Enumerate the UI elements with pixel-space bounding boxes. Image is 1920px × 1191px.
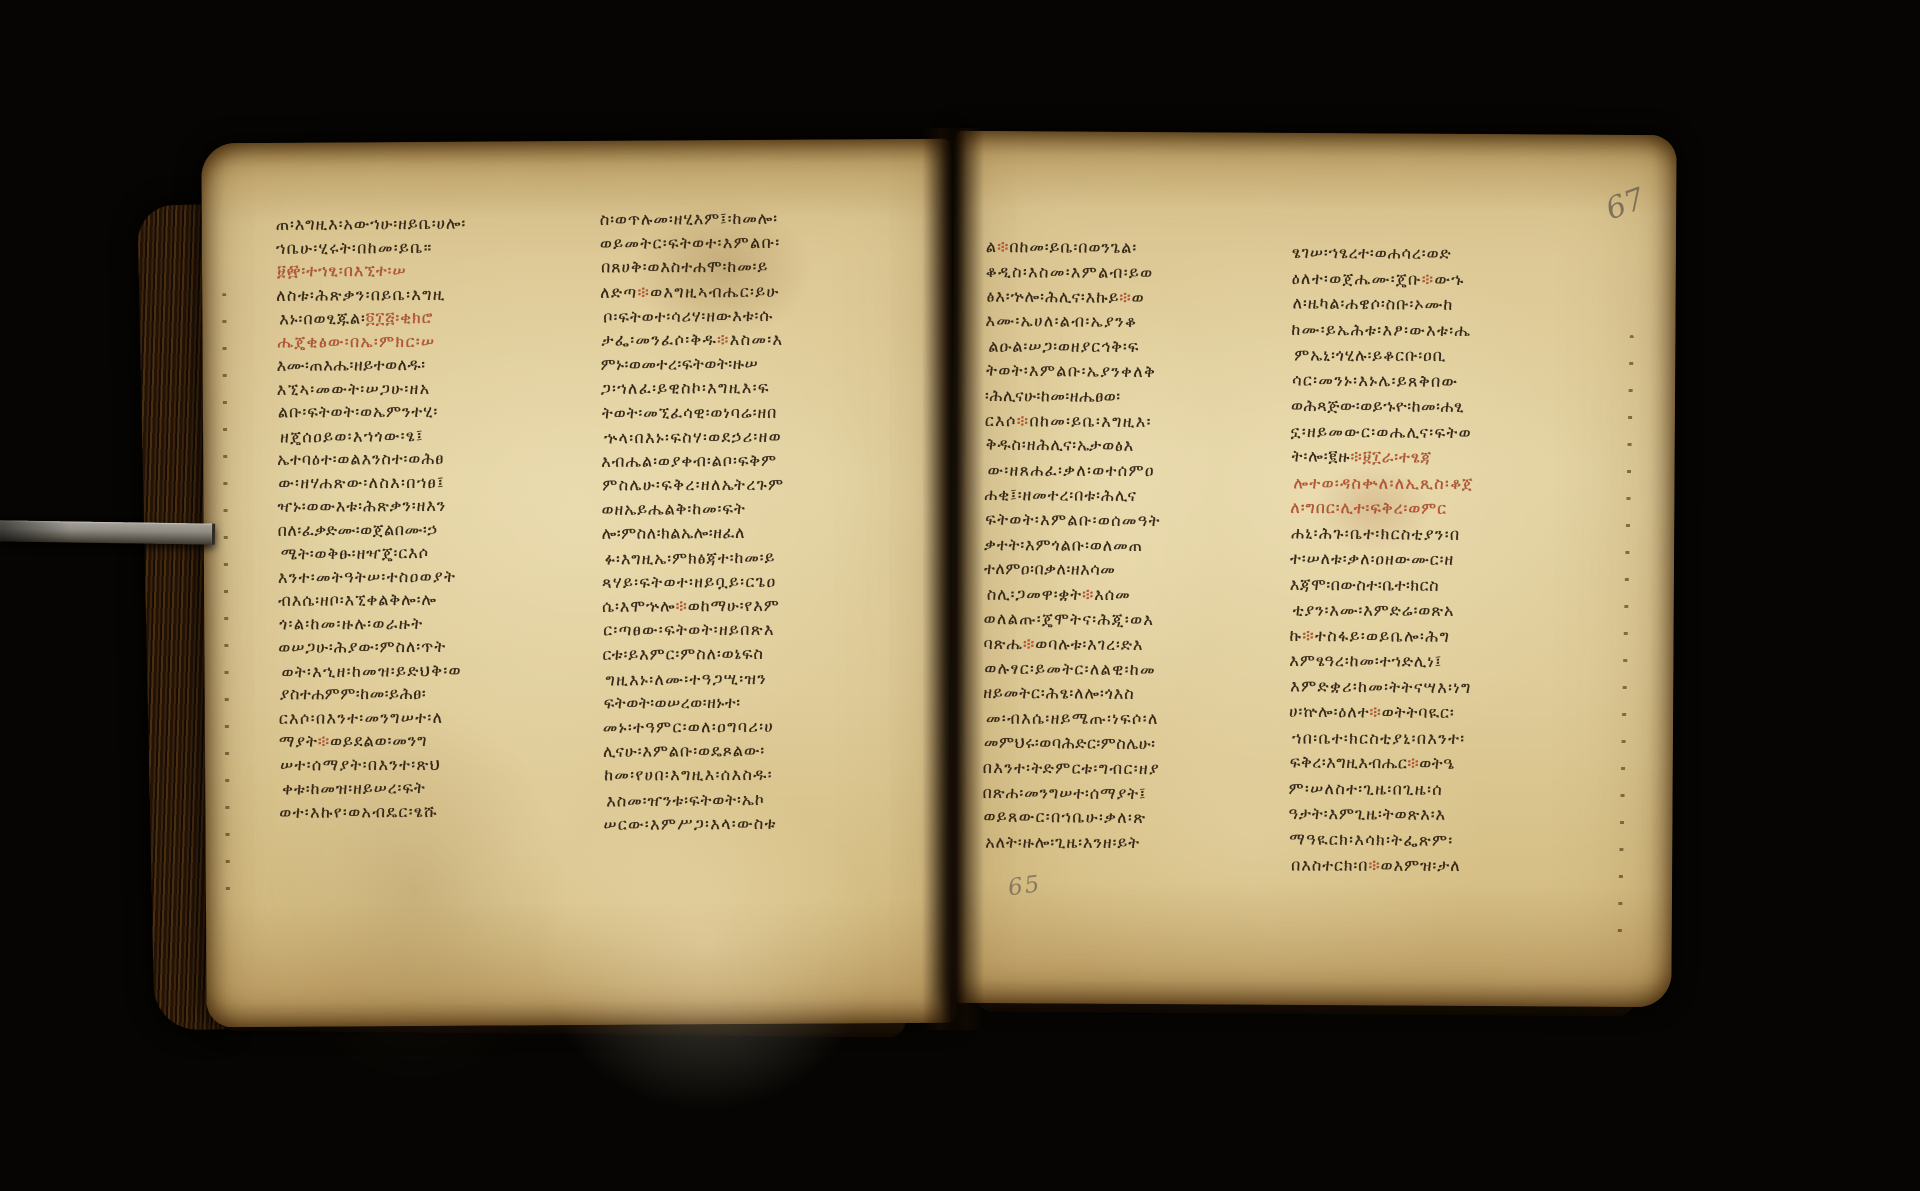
text-segment: ወእምዝ፡ታለ (1381, 856, 1461, 875)
text-line: በእስተርክ፡በ፨ወእምዝ፡ታለ (1291, 856, 1629, 882)
text-segment: መኑ፡ተዓምር፡ወለ፡ዐግባሪ፡ሀ (603, 717, 774, 737)
text-line: ልዑል፡ሠጋ፡ወዘያርኅቅ፡ፍ (988, 337, 1288, 362)
text-line: ርእሶ፡በእንተ፡መንግሠተ፡ለ (279, 706, 609, 732)
rubric-segment: ሔጄቂፅው፡በኤ፡ምክር፡ሠ (277, 331, 435, 350)
text-segment: ታፌ፡መንፈሶ፡ቅዱ (601, 330, 717, 349)
text-segment: ወይደልወ፡መንግ (330, 731, 428, 751)
text-segment: ትወት፡እምልቡ፡ኤያንቀለቅ (986, 361, 1156, 382)
text-line: ቀቱ፡ከመዝ፡ዘይሠረ፡ፍት (282, 776, 612, 803)
text-line: ስሊ፡ጋመዋ፡ቋት፨እሰመ (987, 585, 1287, 610)
text-segment: ሳር፡መንኑ፡እኑሌ፡ይጸቅበው (1292, 370, 1458, 391)
text-segment: ሐቂ፤፡ዘመተረ፡በቱ፡ሕሊና (984, 485, 1137, 505)
text-segment: ተ፡ሠለቱ፡ቃለ፡ዐዘውሙር፡ዘ (1290, 549, 1454, 569)
text-segment: እምፄዓረ፡ከመ፡ተኀድሊነ፤ (1289, 651, 1442, 671)
pricking-holes (222, 293, 230, 893)
rubric-segment: ፨ (997, 237, 1009, 256)
left-page-column-1: ጠ፡እግዚእ፡አውኀሁ፡ዘይቤ፡ሀሎ፡ኀቤሁ፡ሂሩት፡በከመ፡ይቤ።፱፼፡ተኀፂ… (276, 213, 610, 826)
text-segment: በከመ፡ይቤ፡እግዚእ፡ (1029, 411, 1151, 431)
text-segment: ባጽሔ (983, 634, 1023, 653)
text-line: በጽሐ፡መንግሠተ፡ሰማያት፤ (983, 783, 1283, 810)
text-line: ማዓዪርክ፡እሳክ፡ትፌጽም፡ (1289, 829, 1627, 858)
text-segment: ምኤኒ፡ጎሂሉ፡ይቆርቡ፡ዐቢ (1294, 346, 1446, 365)
manuscript-photo-stage: ጠ፡እግዚእ፡አውኀሁ፡ዘይቤ፡ሀሎ፡ኀቤሁ፡ሂሩት፡በከመ፡ይቤ።፱፼፡ተኀፂ… (0, 0, 1920, 1191)
text-segment: ትወት፡መኚፈሳዊ፡ወነባሬ፡ዘበ (602, 402, 777, 422)
text-line: እጃሞ፡በውስተ፡ቤተ፡ክርስ (1290, 574, 1628, 602)
text-segment: ወከማሁ፡የእም (688, 596, 780, 616)
rubric-segment: ፨ (717, 330, 730, 349)
text-line: ለ፡ዜካል፡ሐዌሶ፡ስቡ፡ኦሙከ (1292, 293, 1630, 322)
text-line: ው፡ዘሃሐጽው፡ለስእ፡በኀፀ፤ (278, 472, 608, 496)
text-segment: ፍትወት፡እምልቡ፡ወሰመዓት (985, 509, 1161, 530)
rubric-segment: ፨ (637, 282, 650, 301)
text-line: ፡ሕሊናሁ፡ከመ፡ዘሔፀወ፡ (985, 386, 1285, 413)
text-line: ተለምዐ፡በቃለ፡ዘእሳመ (984, 559, 1284, 586)
text-segment: ፡ሕሊናሁ፡ከመ፡ዘሔፀወ፡ (985, 386, 1121, 406)
text-segment: ው፡ዘሃሐጽው፡ለስእ፡በኀፀ፤ (278, 472, 445, 491)
text-segment: ዣኑ፡ወውእቱ፡ሕጽቃን፡ዘእን (277, 496, 446, 516)
text-line: እምድቋሪ፡ከመ፡ትትናሣእ፡ነግ (1290, 676, 1628, 705)
text-segment: ወተ፡እኩየ፡ወአብዴር፡ፄሹ (279, 801, 438, 821)
text-segment: ወይመትር፡ፍትወተ፡እምልቡ፡ (600, 233, 781, 253)
text-segment: እኚኣ፡መውት፡ሠጋሁ፡ዘአ (277, 378, 431, 398)
text-segment: ማያት (279, 732, 318, 751)
text-segment: ምኑ፡ወመተረ፡ፍትወት፡ዙሠ (601, 354, 759, 374)
text-line: መ፡ብእሴ፡ዘይሜጡ፡ነፍሶ፡ለ (986, 709, 1286, 734)
left-page: ጠ፡እግዚእ፡አውኀሁ፡ዘይቤ፡ሀሎ፡ኀቤሁ፡ሂሩት፡በከመ፡ይቤ።፱፼፡ተኀፂ… (201, 139, 956, 1028)
text-line: እሙ፡ኤሀለ፡ልብ፡ኤያንቆ (985, 311, 1285, 338)
text-segment: ያስተሐምም፡ከመ፡ይሕፀ፡ (280, 684, 427, 703)
text-segment: ኗ፡ዘይመውር፡ወሔሊና፡ፍትወ (1291, 421, 1472, 441)
text-segment: በጸሀቅ፡ወእስተሐሞ፡ከመ፡ይ (601, 257, 768, 276)
text-line: ትወት፡እምልቡ፡ኤያንቀለቅ (986, 361, 1286, 389)
text-line: ጠ፡እግዚእ፡አውኀሁ፡ዘይቤ፡ሀሎ፡ (276, 213, 606, 239)
text-segment: ዕለተ፡ወጀሔሙ፡ጄቡ (1292, 268, 1422, 288)
text-segment: ውኁ (1434, 269, 1464, 288)
text-line: ቦ፡ፍትወተ፡ሳሪሃ፡ዘውእቱ፡ሱ (603, 304, 929, 331)
text-segment: እሰመ (1094, 585, 1130, 604)
rubric-segment: ፨ (1368, 856, 1380, 875)
text-line: ፅእ፡ኍሎ፡ሕሊና፡እኩይ፨ወ (987, 286, 1287, 314)
text-line: ብእሴ፡ዘቦ፡እኚቀልቅሎ፡ሎ (278, 589, 608, 615)
text-line: ዣኑ፡ወውእቱ፡ሕጽቃን፡ዘእን (277, 495, 607, 521)
text-segment: እስመ፡እ (730, 330, 784, 349)
text-line: ሊናሁ፡እምልቡ፡ወዴጾልው፡ (603, 740, 929, 766)
text-line: ወሉፃር፡ይመትር፡ለልዊ፡ከመ (984, 658, 1284, 686)
rubric-segment: ፨ (1407, 753, 1419, 772)
text-line: ት፡ሎ፡፪ዙ፨፱፲ራ፡ተፄጃ (1292, 446, 1630, 475)
text-line: ወት፡እኂዘ፡ከመዝ፡ይድህቅ፡ወ (281, 659, 611, 686)
text-segment: እምድቋሪ፡ከመ፡ትትናሣእ፡ነግ (1290, 676, 1472, 697)
rubric-segment: ፨ (1302, 625, 1315, 644)
text-line: መምህሩ፡ወባሕድር፡ምስሌሁ፡ (984, 732, 1284, 760)
text-line: ኤተባዕተ፡ወልእንስተ፡ወሕፀ (277, 448, 607, 474)
text-segment: አለት፡ዙሎ፡ጊዜ፡እንዘ፡ይት (985, 833, 1140, 852)
text-segment: ኤተባዕተ፡ወልእንስተ፡ወሕፀ (277, 449, 444, 469)
text-line: አለት፡ዙሎ፡ጊዜ፡እንዘ፡ይት (985, 833, 1285, 858)
rubric-segment: ለ፡ግበር፡ሊተ፡ፍቅረ፡ወምር (1290, 498, 1447, 518)
text-line: ዘይመትር፡ሕፄ፡ለሎ፡ጎእስ (983, 683, 1283, 710)
text-segment: እብሔል፡ወያቀብ፡ልቦ፡ፍቅም (601, 451, 777, 471)
text-line: ያስተሐምም፡ከመ፡ይሕፀ፡ (280, 683, 610, 707)
text-line: እብሔል፡ወያቀብ፡ልቦ፡ፍቅም (601, 450, 927, 476)
text-segment: ት፡ሎ፡፪ዙ (1292, 446, 1351, 466)
text-segment: ኍላ፡በእኑ፡ፍስሃ፡ወደኃሪ፡ዘወ (604, 426, 782, 447)
text-line: ኍላ፡በእኑ፡ፍስሃ፡ወደኃሪ፡ዘወ (604, 425, 930, 452)
text-segment: ርቱ፡ይእምር፡ምስለ፡ወኔፍስ (602, 644, 764, 664)
text-segment: ወባሉቱ፡እገረ፡ድእ (1035, 634, 1143, 654)
text-line: ርእሶ፨በከመ፡ይቤ፡እግዚእ፡ (985, 411, 1285, 438)
text-line: ሎተወ፡ዳስቍለ፡ለኢጺስ፡ቆጀ (1293, 473, 1631, 499)
text-segment: ዘጄሰዐይወ፡እኀጎው፡ፄ፤ (280, 426, 424, 446)
text-segment: ዘይመትር፡ሕፄ፡ለሎ፡ጎእስ (983, 683, 1135, 703)
text-line: ወሠጋሁ፡ሕያው፡ምስለ፡ጥት (278, 636, 608, 662)
text-line: ፄገሠ፡ኀፄረተ፡ወሐሳረ፡ወድ (1292, 243, 1630, 271)
text-segment: በለ፡ፈቃድሙ፡ወጀልበሙ፡ኃ (278, 519, 438, 539)
text-segment: ምስሌሁ፡ፍቅረ፡ዘለኤትረጉም (602, 475, 784, 495)
text-line: ሠተ፡ሰማያት፡በእንተ፡ጽህ (280, 754, 610, 778)
text-segment: ከመ፡የሀበ፡እግዚእ፡ሰእስዱ፡ (604, 765, 773, 785)
text-segment: ቆዲስ፡እስመ፡እምልብ፡ይወ (986, 262, 1154, 282)
text-segment: ወሕጻጅው፡ወይኁዮ፡ከመ፡ሐፂ (1291, 396, 1464, 416)
text-segment: ስሊ፡ጋመዋ፡ቋት (987, 585, 1082, 604)
text-segment: ፍትወት፡ወሠረወ፡ዘኑተ፡ (604, 693, 741, 712)
text-line: ዓታት፡እምጊዜ፡ትወጽእ፡እ (1288, 804, 1626, 832)
text-segment: ወትዔ (1419, 754, 1455, 773)
text-segment: ወለልጡ፡ጄሞትና፡ሕጂ፡ወእ (984, 609, 1155, 629)
text-line: ባጽሔ፨ወባሉቱ፡እገረ፡ድእ (983, 634, 1283, 661)
text-segment: ልዑል፡ሠጋ፡ወዘያርኅቅ፡ፍ (988, 337, 1139, 356)
text-segment: ሠተ፡ሰማያት፡በእንተ፡ጽህ (280, 754, 441, 773)
rubric-segment: ፨ (1370, 702, 1382, 721)
text-line: ኗ፡ዘይመውር፡ወሔሊና፡ፍትወ (1291, 421, 1629, 449)
text-line: በእንተ፡ትድምርቱ፡ግብር፡ዘያ (983, 758, 1283, 785)
rubric-segment: ፨ (1023, 634, 1035, 653)
text-line: ልቡ፡ፍትወት፡ወኤምንተሂ፡ (278, 401, 608, 425)
text-line: ወተ፡እኩየ፡ወአብዴር፡ፄሹ (279, 800, 609, 826)
right-page-column-1: ል፨በከመ፡ይቤ፡በወንጌል፡ቆዲስ፡እስመ፡እምልብ፡ይወፅእ፡ኍሎ፡ሕሊና፡… (982, 237, 1286, 859)
text-line: ኩ፨ተስፋይ፡ወይቤሎ፡ሕግ (1289, 625, 1627, 653)
text-segment: ፉ፡እግዚኤ፡ምክፅጃተ፡ከመ፡ይ (605, 547, 776, 568)
text-segment: እሙ፡ኤሀለ፡ልብ፡ኤያንቆ (985, 311, 1137, 331)
text-line: ወይመትር፡ፍትወተ፡እምልቡ፡ (600, 232, 926, 258)
text-segment: ሐኒ፡ሕጉ፡ቤተ፡ክርስቲያን፡በ (1291, 523, 1460, 544)
text-line: ግዚእኑ፡ለሙ፡ተዓጋሢ፡ዝን (605, 667, 931, 694)
text-line: እሙ፡ጠእሔ፡ዘይተወለዱ፡ (277, 354, 607, 380)
text-line: ትወት፡መኚፈሳዊ፡ወነባሬ፡ዘበ (602, 402, 928, 427)
text-segment: ው፡ዘጸሐፈ፡ቃለ፡ወተሰምዐ (988, 461, 1155, 480)
text-segment: ፅእ፡ኍሎ፡ሕሊና፡እኩይ (987, 286, 1120, 306)
text-line: ሔጄቂፅው፡በኤ፡ምክር፡ሠ (277, 331, 607, 355)
folio-number-pencil-bottom: 65 (1006, 871, 1042, 901)
text-line: ጎ፡ል፡ከመ፡ዙሉ፡ወራዙት (279, 613, 609, 637)
text-line: ተ፡ሠለቱ፡ቃለ፡ዐዘውሙር፡ዘ (1290, 549, 1628, 577)
text-segment: እስመ፡ዠንቱ፡ፍትወት፡ኤኮ (606, 789, 765, 810)
text-segment: ር፡ጣፀው፡ፍትወት፡ዘይበጽእ (603, 620, 775, 640)
text-line: ለ፡ግበር፡ሊተ፡ፍቅረ፡ወምር (1290, 498, 1628, 526)
text-segment: ተስፋይ፡ወይቤሎ፡ሕግ (1315, 626, 1450, 646)
text-segment: ዓታት፡እምጊዜ፡ትወጽእ፡እ (1288, 804, 1446, 824)
text-line: ፉ፡እግዚኤ፡ምክፅጃተ፡ከመ፡ይ (605, 546, 931, 573)
text-line: ቃተት፡እምጎልቡ፡ወለመጠ (984, 535, 1284, 562)
text-segment: ለስቱ፡ሕጽቃን፡በይቤ፡እግዚ (276, 284, 446, 304)
text-line: ታፌ፡መንፈሶ፡ቅዱ፨እስመ፡እ (601, 329, 927, 354)
text-segment: ስ፡ወጥሉመ፡ዘሂእም፤፡ከመሎ፡ (600, 209, 778, 229)
text-segment: ቲያን፡እሙ፡እምድሬ፡ወጽአ (1293, 601, 1455, 620)
rubric-segment: ፨ (1082, 585, 1094, 604)
text-line: ወለልጡ፡ጄሞትና፡ሕጂ፡ወእ (984, 609, 1284, 636)
text-line: ዕለተ፡ወጀሔሙ፡ጄቡ፨ውኁ (1292, 268, 1630, 296)
text-line: ምኤኒ፡ጎሂሉ፡ይቆርቡ፡ዐቢ (1294, 346, 1632, 372)
text-line: ኀበ፡ቤተ፡ክርስቲያኒ፡በእንተ፡ (1292, 728, 1630, 754)
text-segment: ወት፡እኂዘ፡ከመዝ፡ይድህቅ፡ወ (281, 660, 462, 681)
text-segment: እሙ፡ጠእሔ፡ዘይተወለዱ፡ (277, 355, 426, 375)
text-line: ው፡ዘጸሐፈ፡ቃለ፡ወተሰምዐ (988, 461, 1288, 486)
text-line: ለስቱ፡ሕጽቃን፡በይቤ፡እግዚ (276, 283, 606, 309)
text-line: ሐኒ፡ሕጉ፡ቤተ፡ክርስቲያን፡በ (1291, 523, 1629, 552)
text-line: ርቱ፡ይእምር፡ምስለ፡ወኔፍስ (602, 643, 928, 669)
text-segment: ወእግዚኣብሔር፡ይሁ (650, 281, 780, 301)
text-segment: ሴ፡እሞኍሎ (602, 596, 676, 615)
text-segment: ም፡ሠለስተ፡ጊዜ፡በጊዜ፡ሰ (1289, 778, 1444, 798)
text-line: ወሕጻጅው፡ወይኁዮ፡ከመ፡ሐፂ (1291, 396, 1629, 424)
rubric-segment: ፨ (1017, 411, 1030, 430)
text-segment: ማዓዪርክ፡እሳክ፡ትፌጽም፡ (1289, 829, 1453, 850)
text-segment: መምህሩ፡ወባሕድር፡ምስሌሁ፡ (984, 732, 1156, 753)
text-segment: ከሙ፡ይኤሕቱ፡እፆ፡ውእቱ፡ሔ (1291, 319, 1471, 339)
text-line: እኑ፡በወፂጁል፡፬፲፭፡ቂክሮ (279, 306, 609, 333)
text-segment: ለ፡ዜካል፡ሐዌሶ፡ስቡ፡ኦሙከ (1293, 293, 1454, 313)
text-line: መኑ፡ተዓምር፡ወለ፡ዐግባሪ፡ሀ (603, 716, 929, 742)
text-line: ፍትወት፡ወሠረወ፡ዘኑተ፡ (604, 692, 930, 717)
text-segment: ሠርው፡እምሥጋ፡እላ፡ውስቱ (603, 813, 776, 833)
text-segment: መ፡ብእሴ፡ዘይሜጡ፡ነፍሶ፡ለ (986, 709, 1159, 728)
text-line: ፱፼፡ተኀፂ፡በእኚተ፡ሠ (277, 260, 607, 284)
text-line: ሳር፡መንኑ፡እኑሌ፡ይጸቅበው (1292, 370, 1630, 399)
text-segment: ወዘኤይሔልቅ፡ከመ፡ፍት (601, 499, 745, 519)
rubric-segment: ሎተወ፡ዳስቍለ፡ለኢጺስ፡ቆጀ (1293, 473, 1473, 492)
text-line: ቆዲስ፡እስመ፡እምልብ፡ይወ (986, 262, 1286, 289)
text-line: ምስሌሁ፡ፍቅረ፡ዘለኤትረጉም (602, 474, 928, 499)
rubric-segment: ፨ (318, 732, 330, 751)
text-segment: ኀቤሁ፡ሂሩት፡በከመ፡ይቤ። (276, 237, 433, 257)
text-segment: እንተ፡መትዓትሠ፡ተስዐወያት (278, 566, 456, 586)
text-line: ከሙ፡ይኤሕቱ፡እፆ፡ውእቱ፡ሔ (1291, 319, 1629, 347)
text-line: ወይጸውር፡በኀቤሁ፡ቃለ፡ጽ (983, 807, 1283, 835)
text-segment: ወሉፃር፡ይመትር፡ለልዊ፡ከመ (984, 658, 1156, 679)
text-segment: ግዚእኑ፡ለሙ፡ተዓጋሢ፡ዝን (605, 668, 767, 689)
text-segment: ወይጸውር፡በኀቤሁ፡ቃለ፡ጽ (983, 807, 1146, 828)
text-segment: ተለምዐ፡በቃለ፡ዘእሳመ (984, 559, 1116, 579)
rubric-segment: ፨፱፲ራ፡ተፄጃ (1350, 447, 1432, 467)
text-line: ቅዱስ፡ዘሕሊና፡ኤታወፅእ (986, 435, 1286, 463)
text-line: ር፡ጣፀው፡ፍትወት፡ዘይበጽእ (603, 620, 929, 645)
text-line: ለድጣ፨ወእግዚኣብሔር፡ይሁ (600, 280, 926, 306)
text-line: ኀቤሁ፡ሂሩት፡በከመ፡ይቤ። (276, 236, 606, 262)
text-line: ዘጄሰዐይወ፡እኀጎው፡ፄ፤ (280, 424, 610, 451)
text-segment: ቦ፡ፍትወተ፡ሳሪሃ፡ዘውእቱ፡ሱ (603, 306, 773, 327)
text-segment: ልቡ፡ፍትወት፡ወኤምንተሂ፡ (278, 402, 438, 421)
text-line: ል፨በከመ፡ይቤ፡በወንጌል፡ (986, 237, 1286, 264)
text-line: ሎ፡ምስለ፡ክልኤሎ፡ዘፈለ (602, 522, 928, 548)
text-segment: ኀበ፡ቤተ፡ክርስቲያኒ፡በእንተ፡ (1292, 728, 1466, 747)
text-line: ፍቅረ፡እግዚእብሔር፨ወትዔ (1290, 752, 1628, 781)
text-line: ሴ፡እሞኍሎ፨ወከማሁ፡የእም (602, 595, 928, 621)
text-segment: በእስተርክ፡በ (1291, 856, 1368, 875)
text-segment: ብእሴ፡ዘቦ፡እኚቀልቅሎ፡ሎ (278, 590, 437, 610)
rubric-segment: ፨ (676, 596, 688, 615)
text-line: ቲያን፡እሙ፡እምድሬ፡ወጽአ (1293, 601, 1631, 627)
text-segment: ቀቱ፡ከመዝ፡ዘይሠረ፡ፍት (282, 778, 426, 798)
text-segment: ርእሶ (985, 411, 1017, 430)
text-segment: ጎ፡ል፡ከመ፡ዙሉ፡ወራዙት (279, 613, 423, 632)
metal-pointer (0, 520, 215, 544)
text-line: ፍትወት፡እምልቡ፡ወሰመዓት (985, 509, 1285, 537)
text-segment: ወሠጋሁ፡ሕያው፡ምስለ፡ጥት (278, 637, 446, 657)
text-segment: በጽሐ፡መንግሠተ፡ሰማያት፤ (983, 783, 1147, 803)
text-line: እንተ፡መትዓትሠ፡ተስዐወያት (278, 565, 608, 591)
text-segment: ወትትባዪር፡ (1382, 702, 1455, 721)
text-segment: እጃሞ፡በውስተ፡ቤተ፡ክርስ (1290, 574, 1439, 594)
text-segment: ሀ፡ኵሎ፡ዕለተ (1289, 702, 1370, 721)
text-segment: ፍቅረ፡እግዚእብሔር (1290, 752, 1408, 772)
left-page-column-2: ስ፡ወጥሉመ፡ዘሂእም፤፡ከመሎ፡ወይመትር፡ፍትወተ፡እምልቡ፡በጸሀቅ፡ወእ… (600, 208, 930, 839)
text-segment: ፄገሠ፡ኀፄረተ፡ወሐሳረ፡ወድ (1292, 243, 1452, 263)
text-segment: ኩ (1290, 625, 1303, 644)
text-segment: ወ (1132, 287, 1145, 306)
text-line: ሜት፡ወቅፁ፡ዘዣጄ፡ርእሶ (281, 541, 611, 568)
text-line: ከመ፡የሀበ፡እግዚእ፡ሰእስዱ፡ (604, 765, 930, 790)
right-page: ል፨በከመ፡ይቤ፡በወንጌል፡ቆዲስ፡እስመ፡እምልብ፡ይወፅእ፡ኍሎ፡ሕሊና፡… (949, 131, 1676, 1007)
text-line: ወዘኤይሔልቅ፡ከመ፡ፍት (601, 498, 927, 524)
text-segment: ጻሃይ፡ፍትወተ፡ዘይቧይ፡ርጌዐ (602, 572, 777, 592)
text-segment: እኑ፡በወፂጁል፡ (279, 309, 366, 329)
text-line: እኚኣ፡መውት፡ሠጋሁ፡ዘአ (277, 377, 607, 403)
text-line: በለ፡ፈቃድሙ፡ወጀልበሙ፡ኃ (278, 518, 608, 544)
text-segment: ጋ፡ኀለፈ፡ይዊስኮ፡እግዚእ፡ፍ (601, 378, 770, 398)
text-segment: በከመ፡ይቤ፡በወንጌል፡ (1009, 237, 1137, 257)
text-line: እምፄዓረ፡ከመ፡ተኀድሊነ፤ (1289, 651, 1627, 679)
rubric-segment: ፬፲፭፡ቂክሮ (366, 308, 434, 328)
rubric-segment: ፱፼፡ተኀፂ፡በእኚተ፡ሠ (277, 261, 406, 280)
text-line: በጸሀቅ፡ወእስተሐሞ፡ከመ፡ይ (601, 257, 927, 282)
text-segment: ሊናሁ፡እምልቡ፡ወዴጾልው፡ (603, 741, 765, 761)
rubric-segment: ፨ (1422, 269, 1435, 288)
text-line: ሠርው፡እምሥጋ፡እላ፡ውስቱ (603, 813, 929, 839)
text-line: ም፡ሠለስተ፡ጊዜ፡በጊዜ፡ሰ (1289, 778, 1627, 806)
text-segment: ሜት፡ወቅፁ፡ዘዣጄ፡ርእሶ (281, 543, 429, 563)
text-segment: ጠ፡እግዚእ፡አውኀሁ፡ዘይቤ፡ሀሎ፡ (276, 214, 467, 234)
text-segment: ቅዱስ፡ዘሕሊና፡ኤታወፅእ (986, 435, 1135, 455)
text-line: ጋ፡ኀለፈ፡ይዊስኮ፡እግዚእ፡ፍ (601, 377, 927, 403)
rubric-segment: ፨ (1119, 287, 1131, 306)
text-segment: ለድጣ (600, 282, 637, 301)
text-segment: ርእሶ፡በእንተ፡መንግሠተ፡ለ (279, 707, 444, 727)
text-segment: ል (986, 237, 997, 256)
text-segment: ሎ፡ምስለ፡ክልኤሎ፡ዘፈለ (602, 523, 746, 543)
text-line: ጻሃይ፡ፍትወተ፡ዘይቧይ፡ርጌዐ (602, 571, 928, 597)
folio-number-pencil-top: 67 (1601, 181, 1649, 227)
text-line: ሀ፡ኵሎ፡ዕለተ፨ወትትባዪር፡ (1289, 702, 1627, 730)
text-line: ሐቂ፤፡ዘመተረ፡በቱ፡ሕሊና (984, 485, 1284, 512)
right-page-column-2: ፄገሠ፡ኀፄረተ፡ወሐሳረ፡ወድዕለተ፡ወጀሔሙ፡ጄቡ፨ውኁለ፡ዜካል፡ሐዌሶ፡… (1288, 243, 1630, 883)
text-segment: ቃተት፡እምጎልቡ፡ወለመጠ (984, 535, 1143, 555)
text-line: ምኑ፡ወመተረ፡ፍትወት፡ዙሠ (601, 353, 927, 379)
text-line: ስ፡ወጥሉመ፡ዘሂእም፤፡ከመሎ፡ (600, 208, 926, 234)
text-line: እስመ፡ዠንቱ፡ፍትወት፡ኤኮ (606, 788, 932, 815)
text-segment: በእንተ፡ትድምርቱ፡ግብር፡ዘያ (983, 758, 1160, 778)
text-line: ማያት፨ወይደልወ፡መንግ (279, 730, 609, 756)
